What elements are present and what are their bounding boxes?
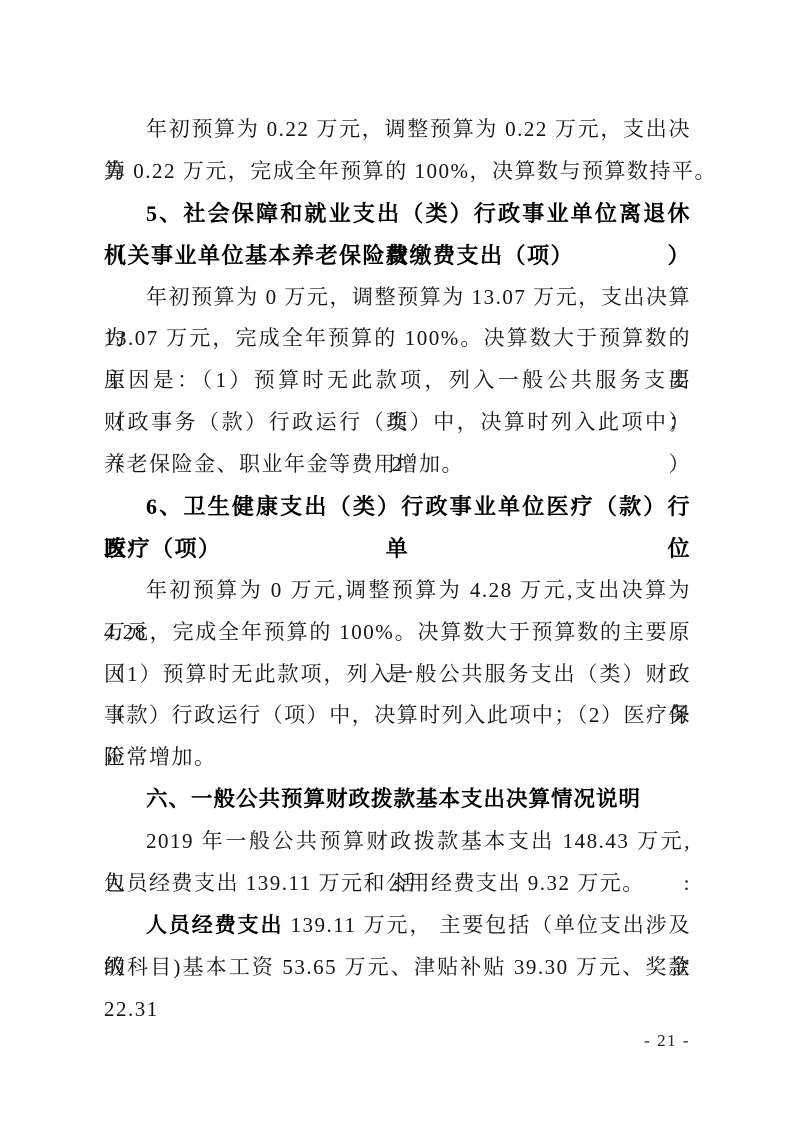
doc-line-6: 13.07 万元，完成全年预算的 100%。决算数大于预算数的主要 bbox=[104, 318, 691, 360]
doc-line-15: （款）行政运行（项）中，决算时列入此项中；（2）医疗保险 bbox=[104, 695, 691, 737]
doc-line-2: 为 0.22 万元，完成全年预算的 100%，决算数与预算数持平。 bbox=[104, 151, 691, 193]
doc-line-20: 人员经费支出 139.11 万元， 主要包括（单位支出涉及的款 bbox=[104, 905, 691, 947]
doc-line-13: 万元，完成全年预算的 100%。决算数大于预算数的主要原因是： bbox=[104, 612, 691, 654]
doc-line-21: 级科目)基本工资 53.65 万元、津贴补贴 39.30 万元、奖金 22.31 bbox=[104, 947, 691, 989]
doc-line-1: 年初预算为 0.22 万元，调整预算为 0.22 万元，支出决算 bbox=[104, 109, 691, 151]
doc-line-5: 年初预算为 0 万元，调整预算为 13.07 万元，支出决算为 bbox=[104, 277, 691, 319]
doc-line-14: （1）预算时无此款项，列入一般公共服务支出（类）财政事务 bbox=[104, 654, 691, 696]
document-body: 年初预算为 0.22 万元，调整预算为 0.22 万元，支出决算 为 0.22 … bbox=[104, 109, 691, 989]
doc-line-16: 正常增加。 bbox=[104, 737, 691, 779]
doc-line-12: 年初预算为 0 万元,调整预算为 4.28 万元,支出决算为 4.28 bbox=[104, 570, 691, 612]
doc-line-7: 原因是：（1）预算时无此款项，列入一般公共服务支出（类） bbox=[104, 360, 691, 402]
section-heading-liu: 六、一般公共预算财政拨款基本支出决算情况说明 bbox=[104, 779, 691, 821]
bold-run-personnel-expense: 人员经费支出 bbox=[146, 913, 283, 937]
doc-line-19: 人员经费支出 139.11 万元和公用经费支出 9.32 万元。 bbox=[104, 863, 691, 905]
document-page: 年初预算为 0.22 万元，调整预算为 0.22 万元，支出决算 为 0.22 … bbox=[0, 0, 793, 1122]
doc-line-18: 2019 年一般公共预算财政拨款基本支出 148.43 万元,包括: bbox=[104, 821, 691, 863]
section-heading-5-line-1: 5、社会保障和就业支出（类）行政事业单位离退休（款） bbox=[104, 193, 691, 235]
page-number: - 21 - bbox=[644, 1031, 690, 1051]
doc-line-8: 财政事务（款）行政运行（项）中，决算时列入此项中；（2） bbox=[104, 402, 691, 444]
section-heading-6-line-1: 6、卫生健康支出（类）行政事业单位医疗（款）行政单位 bbox=[104, 486, 691, 528]
